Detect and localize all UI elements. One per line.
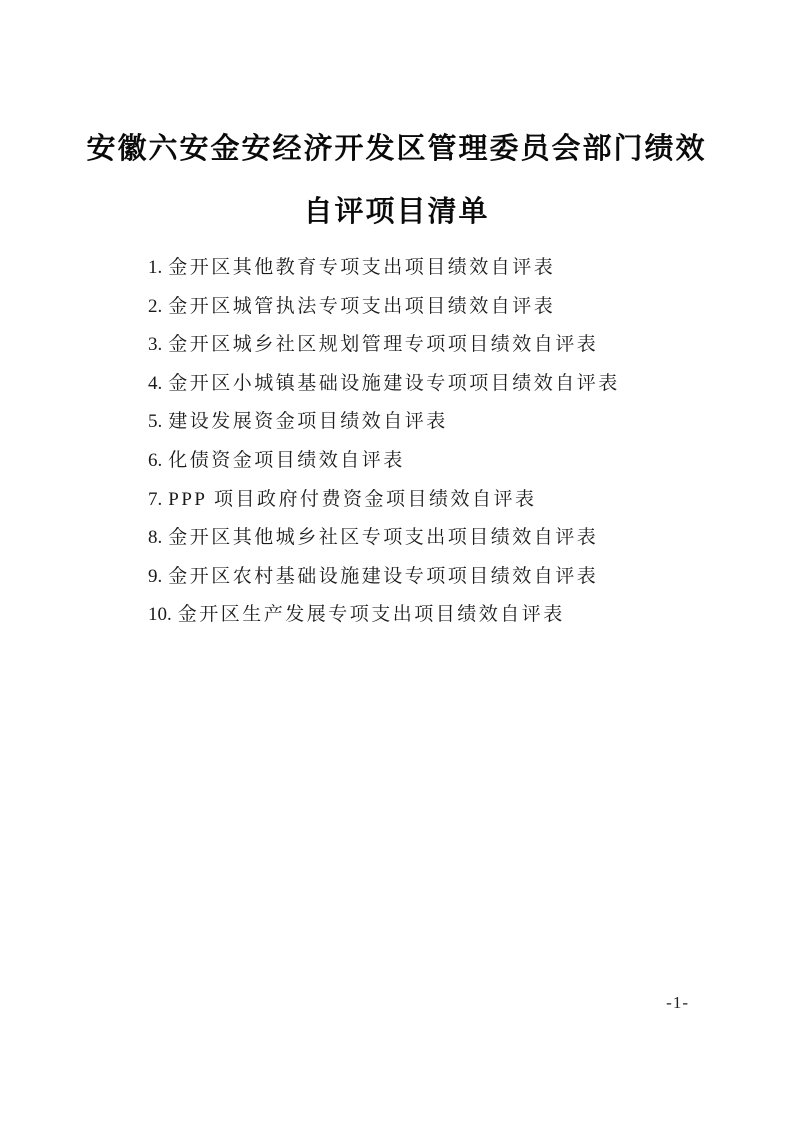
list-item-text: 金开区其他教育专项支出项目绩效自评表 bbox=[168, 257, 555, 278]
list-item-number: 8. bbox=[148, 519, 162, 558]
list-item-number: 6. bbox=[148, 442, 162, 481]
document-page: 安徽六安金安经济开发区管理委员会部门绩效 自评项目清单 1.金开区其他教育专项支… bbox=[0, 0, 793, 1122]
list-item-number: 7. bbox=[148, 481, 162, 520]
list-item: 4.金开区小城镇基础设施建设专项项目绩效自评表 bbox=[148, 365, 713, 404]
list-item-text: 金开区生产发展专项支出项目绩效自评表 bbox=[178, 604, 565, 625]
list-item: 8.金开区其他城乡社区专项支出项目绩效自评表 bbox=[148, 519, 713, 558]
list-item: 7.PPP 项目政府付费资金项目绩效自评表 bbox=[148, 481, 713, 520]
list-item-text: 金开区城管执法专项支出项目绩效自评表 bbox=[168, 296, 555, 317]
list-item-number: 1. bbox=[148, 249, 162, 288]
list-item: 1.金开区其他教育专项支出项目绩效自评表 bbox=[148, 249, 713, 288]
list-item: 5.建设发展资金项目绩效自评表 bbox=[148, 403, 713, 442]
list-item-text: 金开区小城镇基础设施建设专项项目绩效自评表 bbox=[168, 373, 620, 394]
list-item: 2.金开区城管执法专项支出项目绩效自评表 bbox=[148, 288, 713, 327]
list-item-text: 金开区农村基础设施建设专项项目绩效自评表 bbox=[168, 566, 598, 587]
list-item: 3.金开区城乡社区规划管理专项项目绩效自评表 bbox=[148, 326, 713, 365]
list-item-number: 2. bbox=[148, 288, 162, 327]
list-item-number: 4. bbox=[148, 365, 162, 404]
list-item-number: 3. bbox=[148, 326, 162, 365]
list-item: 9.金开区农村基础设施建设专项项目绩效自评表 bbox=[148, 558, 713, 597]
page-number: -1- bbox=[666, 993, 689, 1013]
document-title-line-1: 安徽六安金安经济开发区管理委员会部门绩效 bbox=[0, 134, 793, 165]
document-title: 安徽六安金安经济开发区管理委员会部门绩效 自评项目清单 bbox=[0, 134, 793, 228]
list-item: 6.化债资金项目绩效自评表 bbox=[148, 442, 713, 481]
list-item-text: 化债资金项目绩效自评表 bbox=[168, 450, 405, 471]
list-item-number: 5. bbox=[148, 403, 162, 442]
project-list: 1.金开区其他教育专项支出项目绩效自评表 2.金开区城管执法专项支出项目绩效自评… bbox=[148, 249, 713, 635]
list-item: 10.金开区生产发展专项支出项目绩效自评表 bbox=[148, 596, 713, 635]
list-item-number: 9. bbox=[148, 558, 162, 597]
list-item-text: 金开区城乡社区规划管理专项项目绩效自评表 bbox=[168, 334, 598, 355]
list-item-text: PPP 项目政府付费资金项目绩效自评表 bbox=[168, 489, 536, 510]
list-item-text: 金开区其他城乡社区专项支出项目绩效自评表 bbox=[168, 527, 598, 548]
list-item-text: 建设发展资金项目绩效自评表 bbox=[168, 411, 448, 432]
document-title-line-2: 自评项目清单 bbox=[0, 197, 793, 228]
list-item-number: 10. bbox=[148, 596, 172, 635]
